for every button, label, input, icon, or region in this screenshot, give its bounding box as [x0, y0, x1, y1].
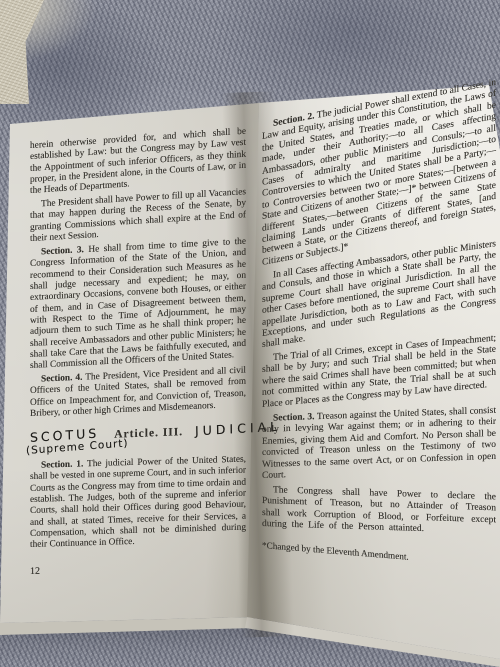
- paragraph-recess-appointments: The President shall have Power to fill u…: [30, 187, 246, 245]
- page-number: 12: [30, 561, 246, 577]
- paragraph-section-3-article-3: Section. 3. Treason against the United S…: [262, 405, 496, 482]
- paragraph-section-4-article-2: Section. 4. The President, Vice Presiden…: [30, 366, 246, 421]
- photo-of-open-constitution-booklet: herein otherwise provided for, and which…: [0, 0, 500, 667]
- right-page-text-column: Section. 2. The judicial Power shall ext…: [262, 121, 496, 552]
- paragraph-section-3-article-2: Section. 3. He shall from time to time g…: [30, 237, 246, 373]
- section-label: Section. 3.: [273, 412, 315, 423]
- article-3-heading-row: SCOTUSArticle. III.JUDICIAL (Supreme Cou…: [30, 422, 246, 445]
- paragraph-section-1-article-3: Section. 1. The judicial Power of the Un…: [30, 454, 246, 551]
- paragraph-punishment-of-treason: The Congress shall have Power to declare…: [262, 485, 496, 538]
- left-page-text-column: herein otherwise provided for, and which…: [30, 141, 246, 577]
- section-label: Section. 1.: [41, 459, 83, 470]
